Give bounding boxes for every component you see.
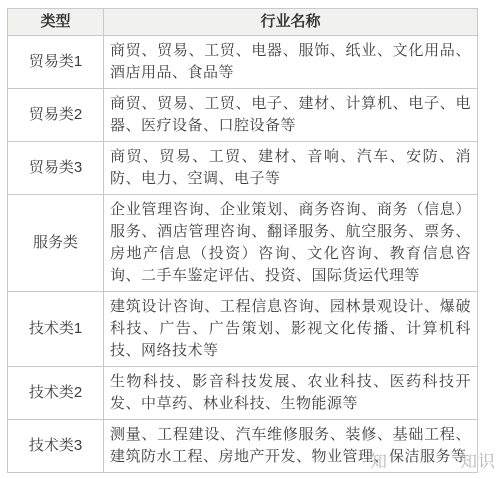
column-header-type: 类型 <box>8 9 104 36</box>
category-cell: 技术类2 <box>8 367 104 420</box>
table-row: 技术类3 测量、工程建设、汽车维修服务、装修、基础工程、建筑防水工程、房地产开发… <box>8 420 478 473</box>
table-row: 贸易类3 商贸、贸易、工贸、建材、音响、汽车、安防、消防、电力、空调、电子等 <box>8 142 478 195</box>
category-cell: 技术类3 <box>8 420 104 473</box>
industries-cell: 建筑设计咨询、工程信息咨询、园林景观设计、爆破科技、广告、广告策划、影视文化传播… <box>104 292 478 367</box>
industries-cell: 企业管理咨询、企业策划、商务咨询、商务（信息）服务、酒店管理咨询、翻译服务、航空… <box>104 195 478 292</box>
industries-cell: 商贸、贸易、工贸、电子、建材、计算机、电子、电器、医疗设备、口腔设备等 <box>104 89 478 142</box>
category-cell: 技术类1 <box>8 292 104 367</box>
industry-category-table: 类型 行业名称 贸易类1 商贸、贸易、工贸、电器、服饰、纸业、文化用品、酒店用品… <box>7 8 478 473</box>
industries-cell: 生物科技、影音科技发展、农业科技、医药科技开发、中草药、林业科技、生物能源等 <box>104 367 478 420</box>
industries-cell: 测量、工程建设、汽车维修服务、装修、基础工程、建筑防水工程、房地产开发、物业管理… <box>104 420 478 473</box>
industries-cell: 商贸、贸易、工贸、建材、音响、汽车、安防、消防、电力、空调、电子等 <box>104 142 478 195</box>
page: 类型 行业名称 贸易类1 商贸、贸易、工贸、电器、服饰、纸业、文化用品、酒店用品… <box>0 0 500 479</box>
category-cell: 服务类 <box>8 195 104 292</box>
category-cell: 贸易类2 <box>8 89 104 142</box>
category-cell: 贸易类3 <box>8 142 104 195</box>
table-row: 贸易类2 商贸、贸易、工贸、电子、建材、计算机、电子、电器、医疗设备、口腔设备等 <box>8 89 478 142</box>
category-cell: 贸易类1 <box>8 36 104 89</box>
column-header-industry: 行业名称 <box>104 9 478 36</box>
industries-cell: 商贸、贸易、工贸、电器、服饰、纸业、文化用品、酒店用品、食品等 <box>104 36 478 89</box>
header-row: 类型 行业名称 <box>8 9 478 36</box>
table-row: 服务类 企业管理咨询、企业策划、商务咨询、商务（信息）服务、酒店管理咨询、翻译服… <box>8 195 478 292</box>
table-row: 贸易类1 商贸、贸易、工贸、电器、服饰、纸业、文化用品、酒店用品、食品等 <box>8 36 478 89</box>
table-row: 技术类1 建筑设计咨询、工程信息咨询、园林景观设计、爆破科技、广告、广告策划、影… <box>8 292 478 367</box>
table-row: 技术类2 生物科技、影音科技发展、农业科技、医药科技开发、中草药、林业科技、生物… <box>8 367 478 420</box>
